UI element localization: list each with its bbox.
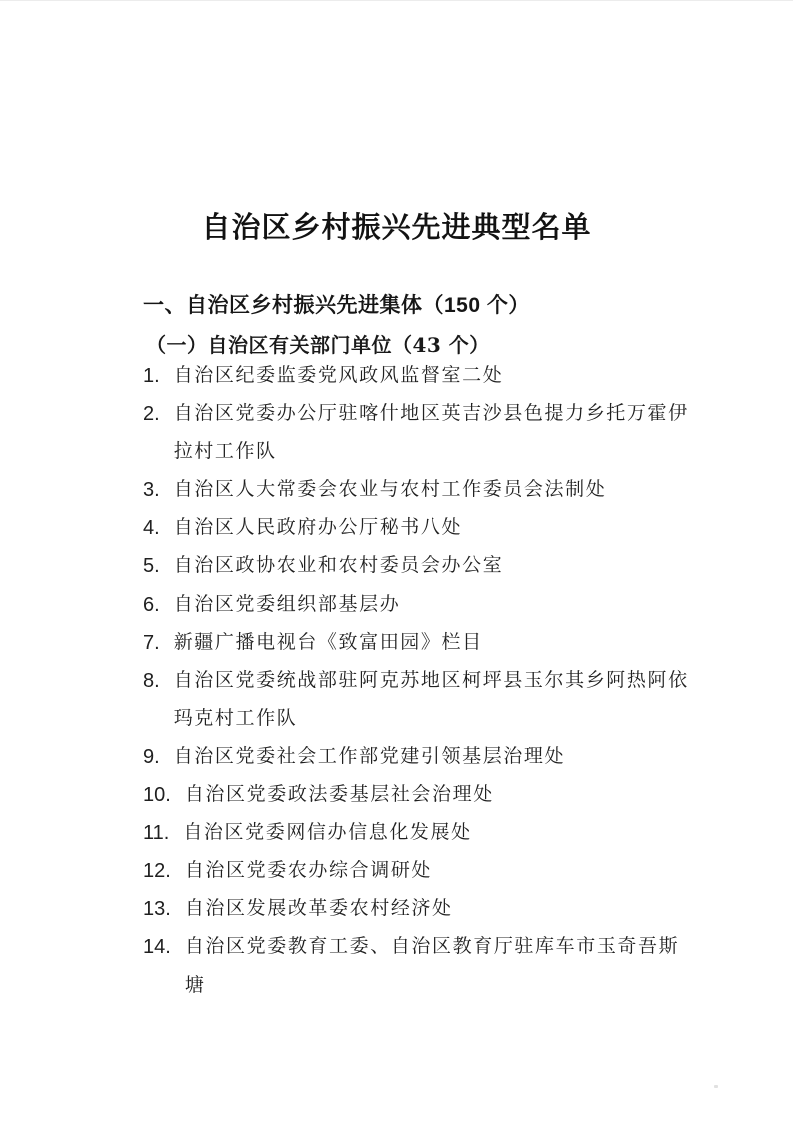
list-item: 8.自治区党委统战部驻阿克苏地区柯坪县玉尔其乡阿热阿依玛克村工作队	[143, 662, 692, 738]
list-item-text: 自治区党委教育工委、自治区教育厅驻库车市玉奇吾斯塘	[185, 928, 692, 1004]
list-item-number: 13.	[143, 890, 171, 928]
list-item-text: 自治区人大常委会农业与农村工作委员会法制处	[174, 471, 692, 509]
list-item: 5.自治区政协农业和农村委员会办公室	[143, 547, 692, 585]
list-item: 12.自治区党委农办综合调研处	[143, 852, 692, 890]
scan-artifact	[714, 1085, 718, 1088]
list-item-text: 自治区人民政府办公厅秘书八处	[174, 509, 692, 547]
list-item: 7.新疆广播电视台《致富田园》栏目	[143, 624, 692, 662]
list-item-text: 自治区党委政法委基层社会治理处	[185, 776, 692, 814]
list-item-number: 12.	[143, 852, 171, 890]
list-item-text: 自治区政协农业和农村委员会办公室	[174, 547, 692, 585]
list-item: 3.自治区人大常委会农业与农村工作委员会法制处	[143, 471, 692, 509]
list-item: 1.自治区纪委监委党风政风监督室二处	[143, 357, 692, 395]
list-item: 6.自治区党委组织部基层办	[143, 586, 692, 624]
list-item-number: 6.	[143, 586, 160, 624]
list-item-number: 7.	[143, 624, 160, 662]
list-item-text: 新疆广播电视台《致富田园》栏目	[174, 624, 692, 662]
list-item: 14.自治区党委教育工委、自治区教育厅驻库车市玉奇吾斯塘	[143, 928, 692, 1004]
document-title: 自治区乡村振兴先进典型名单	[0, 209, 793, 245]
list-item-number: 11.	[143, 814, 169, 852]
list-item-number: 5.	[143, 547, 160, 585]
list-item-text: 自治区党委办公厅驻喀什地区英吉沙县色提力乡托万霍伊拉村工作队	[174, 395, 692, 471]
document-page: 自治区乡村振兴先进典型名单 一、自治区乡村振兴先进集体（150 个） （一）自治…	[0, 0, 793, 1121]
list-item-text: 自治区发展改革委农村经济处	[185, 890, 692, 928]
list-item: 9.自治区党委社会工作部党建引领基层治理处	[143, 738, 692, 776]
section-heading: 一、自治区乡村振兴先进集体（150 个）	[143, 292, 703, 320]
subsection-heading: （一）自治区有关部门单位（43 个）	[146, 331, 706, 359]
list-item: 2.自治区党委办公厅驻喀什地区英吉沙县色提力乡托万霍伊拉村工作队	[143, 395, 692, 471]
list-item: 13.自治区发展改革委农村经济处	[143, 890, 692, 928]
list-item-text: 自治区纪委监委党风政风监督室二处	[174, 357, 692, 395]
list-item-number: 4.	[143, 509, 160, 547]
list-item: 11.自治区党委网信办信息化发展处	[143, 814, 692, 852]
list-item: 10.自治区党委政法委基层社会治理处	[143, 776, 692, 814]
list-item-number: 3.	[143, 471, 160, 509]
list-item-text: 自治区党委统战部驻阿克苏地区柯坪县玉尔其乡阿热阿依玛克村工作队	[174, 662, 692, 738]
list-item-text: 自治区党委网信办信息化发展处	[183, 814, 692, 852]
list-item-number: 2.	[143, 395, 160, 433]
list-item-number: 14.	[143, 928, 171, 966]
list-item-text: 自治区党委社会工作部党建引领基层治理处	[174, 738, 692, 776]
list-item-number: 9.	[143, 738, 160, 776]
entry-list: 1.自治区纪委监委党风政风监督室二处2.自治区党委办公厅驻喀什地区英吉沙县色提力…	[143, 357, 692, 1005]
list-item-number: 10.	[143, 776, 171, 814]
list-item-text: 自治区党委农办综合调研处	[185, 852, 692, 890]
list-item-text: 自治区党委组织部基层办	[174, 586, 692, 624]
list-item-number: 1.	[143, 357, 160, 395]
list-item-number: 8.	[143, 662, 160, 700]
list-item: 4.自治区人民政府办公厅秘书八处	[143, 509, 692, 547]
